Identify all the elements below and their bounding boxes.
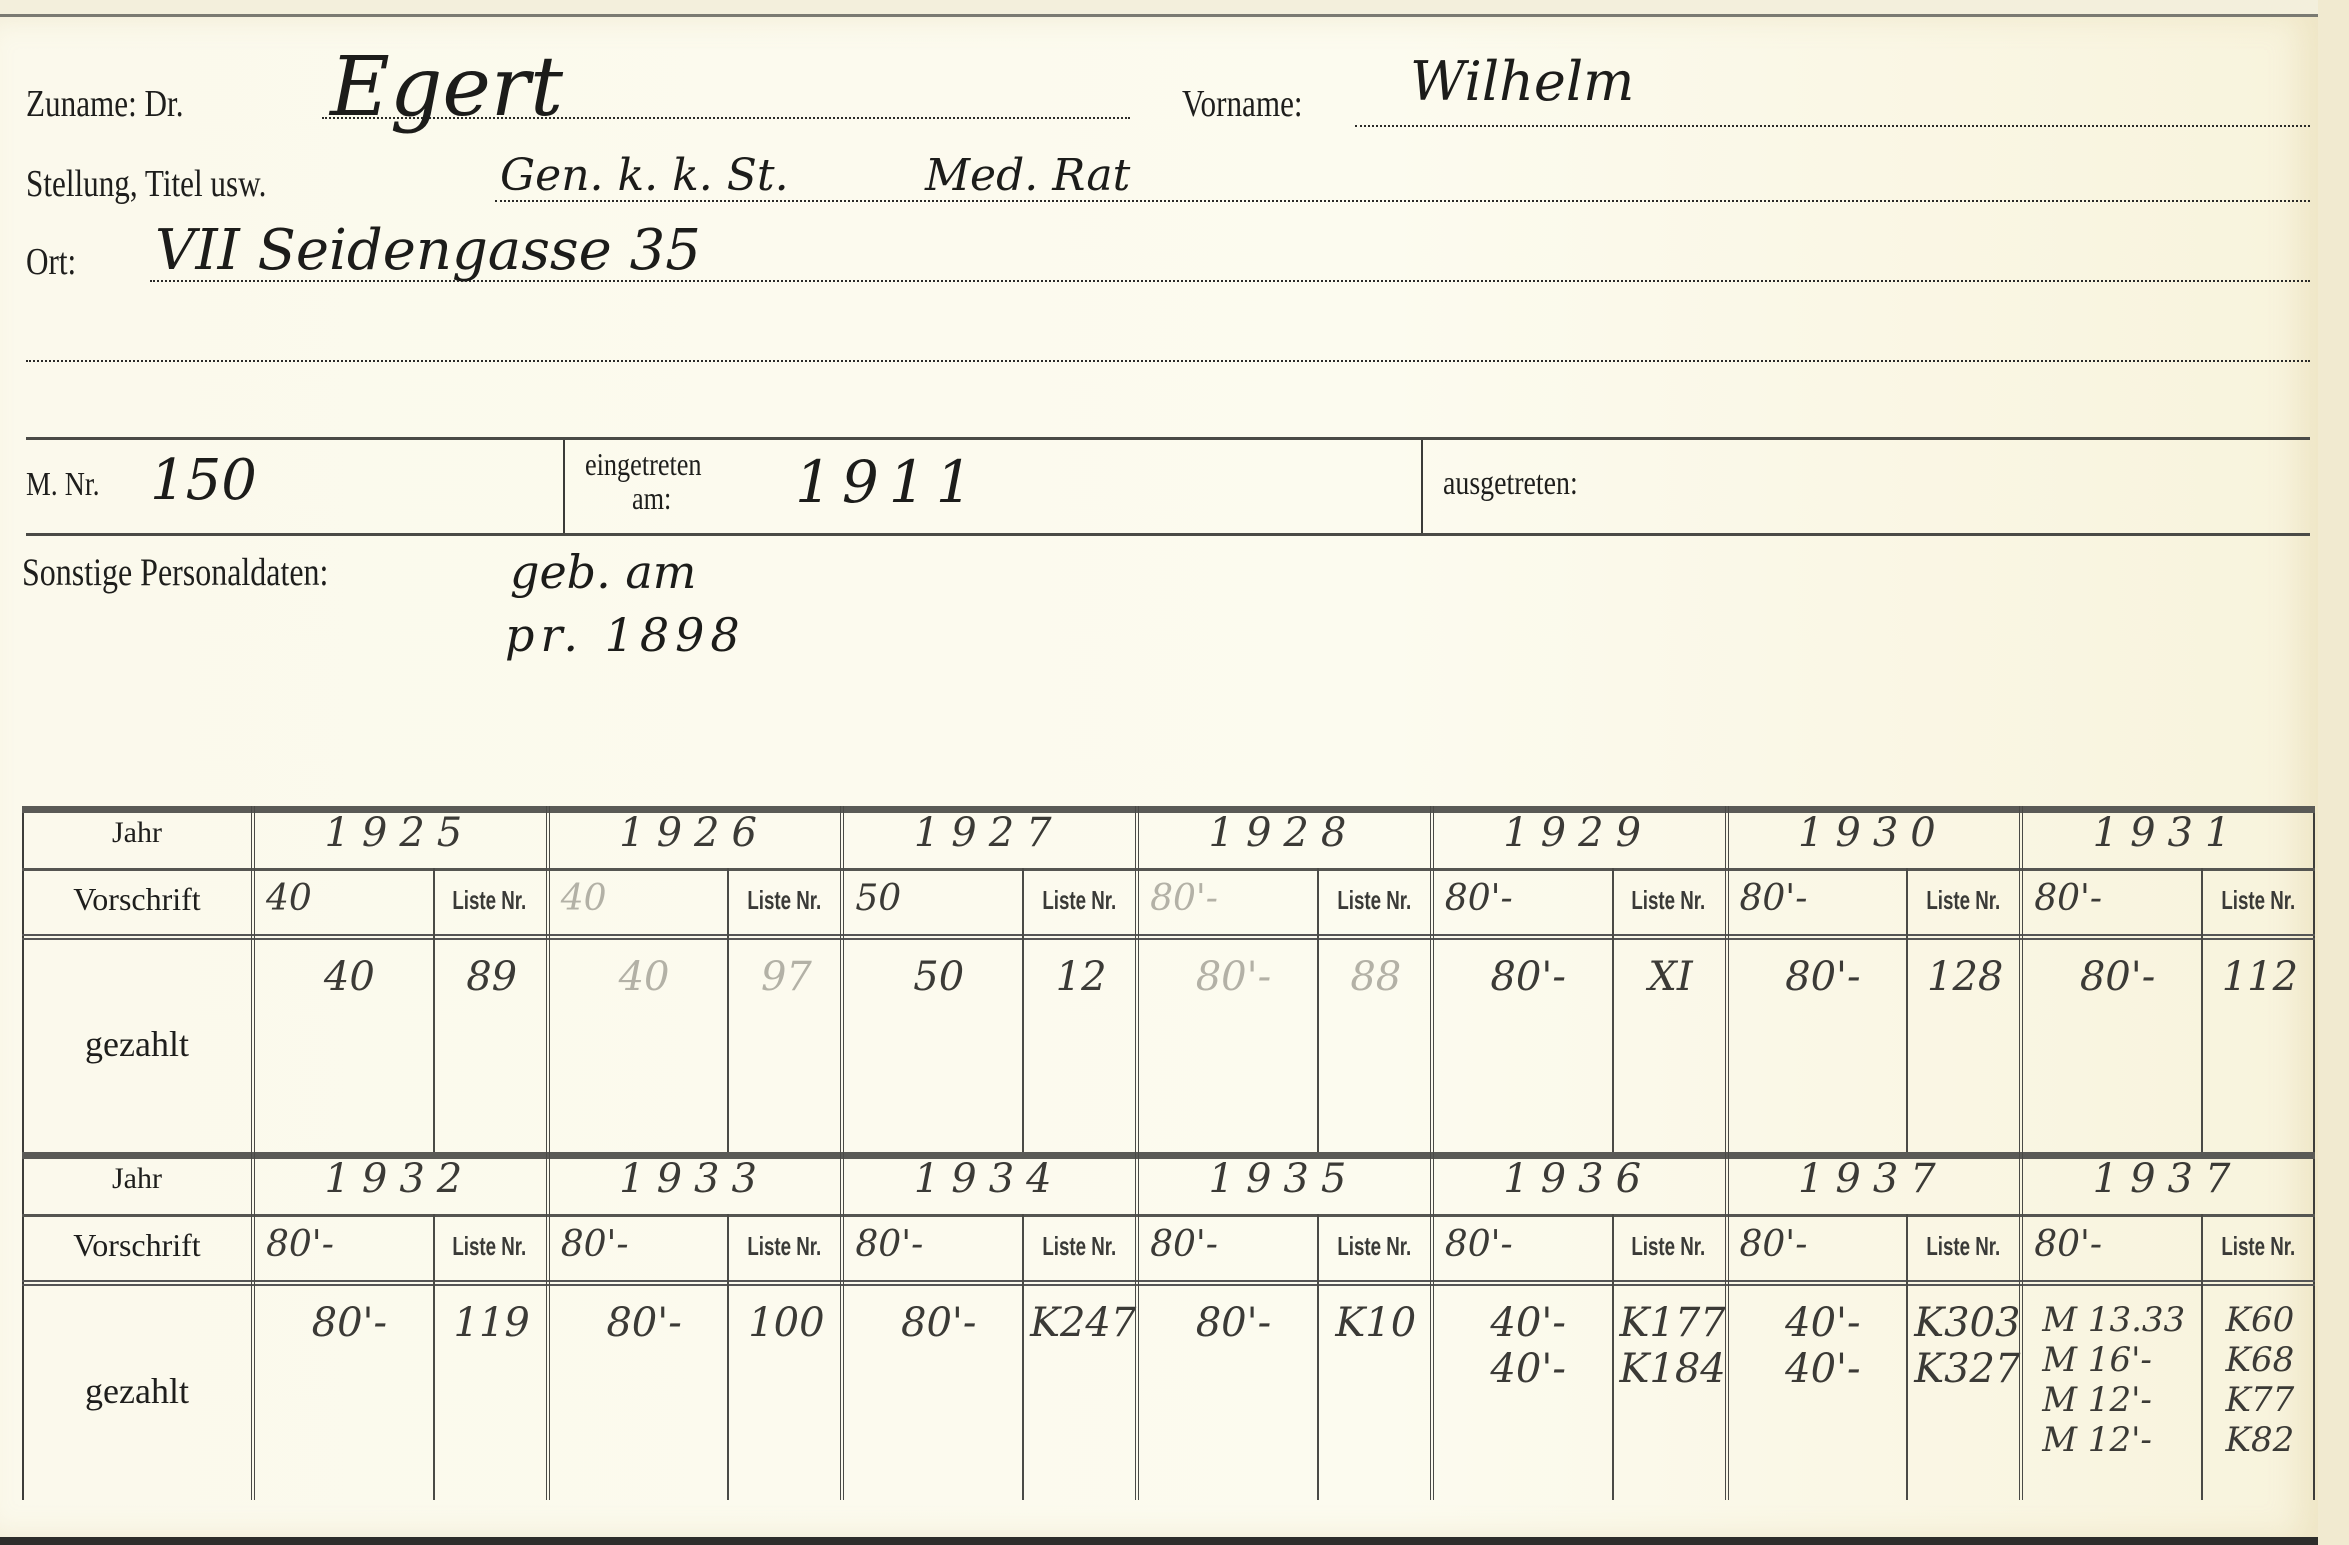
year-divider xyxy=(840,1152,844,1500)
row-rule xyxy=(22,1214,2315,1217)
paid-amount[interactable]: 40'-40'- xyxy=(1453,1300,1604,1392)
other-label: Sonstige Personaldaten: xyxy=(22,550,396,595)
paid-amount[interactable]: 50 xyxy=(863,954,1014,1000)
band-divider xyxy=(563,440,565,533)
year-b-3[interactable]: 1935 xyxy=(1136,1156,1431,1202)
payments-table-1932-1937: JahrVorschriftgezahlt193280'-Liste Nr.80… xyxy=(22,1152,2315,1500)
prescribed-amount[interactable]: 40 xyxy=(266,876,312,922)
paid-amount[interactable]: 80'- xyxy=(1158,954,1309,1000)
paid-amount[interactable]: 40 xyxy=(569,954,720,1000)
list-no-header-text: Liste Nr. xyxy=(1042,885,1116,916)
list-no-header: Liste Nr. xyxy=(1612,1231,1726,1262)
list-no-header: Liste Nr. xyxy=(727,885,841,916)
year-row-label: Jahr xyxy=(22,1162,252,1196)
year-a-1[interactable]: 1926 xyxy=(547,810,842,856)
list-no-header-text: Liste Nr. xyxy=(1926,1231,2000,1262)
list-number[interactable]: 112 xyxy=(2209,954,2311,1000)
paid-amount[interactable]: 80'- xyxy=(2042,954,2193,1000)
row-rule xyxy=(22,868,2315,871)
list-no-header: Liste Nr. xyxy=(433,885,547,916)
place-value[interactable]: VII Seidengasse 35 xyxy=(155,218,701,283)
year-divider xyxy=(840,806,844,1152)
paid-amount[interactable]: 40 xyxy=(274,954,425,1000)
prescribed-amount[interactable]: 80'- xyxy=(1150,1222,1218,1268)
list-no-header: Liste Nr. xyxy=(1317,885,1431,916)
list-no-header: Liste Nr. xyxy=(1022,885,1136,916)
year-b-5[interactable]: 1937 xyxy=(1726,1156,2021,1202)
firstname-label: Vorname: xyxy=(1182,82,1329,126)
prescribed-amount[interactable]: 80'- xyxy=(1740,876,1808,922)
list-number[interactable]: 89 xyxy=(441,954,543,1000)
position-value-2[interactable]: Med. Rat xyxy=(925,150,1130,201)
band-bottom-rule xyxy=(26,533,2310,536)
year-divider xyxy=(546,806,550,1152)
paid-amount[interactable]: M 13.33M 16'-M 12'-M 12'- xyxy=(2042,1300,2193,1460)
list-number[interactable]: 100 xyxy=(735,1300,837,1346)
band-divider xyxy=(1421,440,1423,533)
prescribed-amount[interactable]: 80'- xyxy=(266,1222,334,1268)
year-divider xyxy=(1725,1152,1729,1500)
list-number[interactable]: 128 xyxy=(1914,954,2016,1000)
list-no-header: Liste Nr. xyxy=(727,1231,841,1262)
list-no-header-text: Liste Nr. xyxy=(1632,885,1706,916)
year-b-2[interactable]: 1934 xyxy=(841,1156,1136,1202)
surname-label: Zuname: Dr. xyxy=(26,82,218,126)
list-no-header: Liste Nr. xyxy=(1906,885,2020,916)
paid-amount[interactable]: 80'- xyxy=(274,1300,425,1346)
list-no-header-text: Liste Nr. xyxy=(1042,1231,1116,1262)
paid-row-label: gezahlt xyxy=(22,1023,252,1065)
list-number[interactable]: XI xyxy=(1620,954,1722,1000)
list-no-header: Liste Nr. xyxy=(1906,1231,2020,1262)
firstname-line xyxy=(1355,125,2310,127)
year-divider xyxy=(251,1152,255,1500)
prescribed-amount[interactable]: 80'- xyxy=(2034,876,2102,922)
list-no-header-text: Liste Nr. xyxy=(2221,885,2295,916)
list-no-header: Liste Nr. xyxy=(2201,885,2315,916)
left-label: ausgetreten: xyxy=(1443,465,1607,503)
prescribed-row-label: Vorschrift xyxy=(22,881,252,918)
list-number[interactable]: 119 xyxy=(441,1300,543,1346)
prescribed-row-label: Vorschrift xyxy=(22,1227,252,1264)
other-value-2[interactable]: pr. 1898 xyxy=(505,608,746,662)
list-number[interactable]: K10 xyxy=(1325,1300,1427,1346)
paid-amount[interactable]: 80'- xyxy=(863,1300,1014,1346)
joined-label: eingetreten am: xyxy=(585,447,727,515)
paid-row-label: gezahlt xyxy=(22,1370,252,1412)
prescribed-amount[interactable]: 80'- xyxy=(855,1222,923,1268)
list-no-header: Liste Nr. xyxy=(433,1231,547,1262)
prescribed-amount[interactable]: 80'- xyxy=(1445,876,1513,922)
list-no-header-text: Liste Nr. xyxy=(2221,1231,2295,1262)
member-no-label: M. Nr. xyxy=(26,466,116,504)
year-a-0[interactable]: 1925 xyxy=(252,810,547,856)
year-divider xyxy=(1135,1152,1139,1500)
row-rule xyxy=(22,934,2315,940)
year-divider xyxy=(546,1152,550,1500)
year-a-2[interactable]: 1927 xyxy=(841,810,1136,856)
year-divider xyxy=(2019,806,2023,1152)
list-no-header: Liste Nr. xyxy=(1022,1231,1136,1262)
year-divider xyxy=(251,806,255,1152)
paid-amount[interactable]: 80'- xyxy=(569,1300,720,1346)
prescribed-amount[interactable]: 40 xyxy=(561,876,607,922)
joined-value[interactable]: 1911 xyxy=(795,448,983,516)
prescribed-amount[interactable]: 80'- xyxy=(1445,1222,1513,1268)
prescribed-amount[interactable]: 80'- xyxy=(561,1222,629,1268)
list-number[interactable]: 12 xyxy=(1030,954,1132,1000)
list-no-header-text: Liste Nr. xyxy=(1632,1231,1706,1262)
year-b-4[interactable]: 1936 xyxy=(1431,1156,1726,1202)
list-no-header-text: Liste Nr. xyxy=(453,1231,527,1262)
extra-line xyxy=(26,360,2310,362)
year-b-1[interactable]: 1933 xyxy=(547,1156,842,1202)
position-label: Stellung, Titel usw. xyxy=(26,162,319,206)
band-top-rule xyxy=(26,437,2310,440)
firstname-value[interactable]: Wilhelm xyxy=(1410,50,1634,113)
list-no-header: Liste Nr. xyxy=(1612,885,1726,916)
paid-amount[interactable]: 40'-40'- xyxy=(1748,1300,1899,1392)
prescribed-amount[interactable]: 50 xyxy=(855,876,901,922)
year-b-6[interactable]: 1937 xyxy=(2020,1156,2315,1202)
prescribed-amount[interactable]: 80'- xyxy=(1740,1222,1808,1268)
list-no-header-text: Liste Nr. xyxy=(1337,1231,1411,1262)
list-no-header: Liste Nr. xyxy=(2201,1231,2315,1262)
list-no-header: Liste Nr. xyxy=(1317,1231,1431,1262)
list-number[interactable]: K60K68K77K82 xyxy=(2209,1300,2311,1460)
year-divider xyxy=(1430,806,1434,1152)
position-value-1[interactable]: Gen. k. k. St. xyxy=(500,150,789,201)
year-b-0[interactable]: 1932 xyxy=(252,1156,547,1202)
prescribed-amount[interactable]: 80'- xyxy=(2034,1222,2102,1268)
year-a-5[interactable]: 1930 xyxy=(1726,810,2021,856)
year-divider xyxy=(1135,806,1139,1152)
paid-amount[interactable]: 80'- xyxy=(1453,954,1604,1000)
row-rule xyxy=(22,1280,2315,1286)
prescribed-amount[interactable]: 80'- xyxy=(1150,876,1218,922)
list-number[interactable]: 88 xyxy=(1325,954,1427,1000)
list-number[interactable]: K247 xyxy=(1030,1300,1132,1346)
list-number[interactable]: K177K184 xyxy=(1620,1300,1722,1392)
year-divider xyxy=(1430,1152,1434,1500)
place-label: Ort: xyxy=(26,240,87,284)
paid-amount[interactable]: 80'- xyxy=(1748,954,1899,1000)
other-value-1[interactable]: geb. am xyxy=(510,545,696,599)
surname-value[interactable]: Egert xyxy=(330,40,563,135)
payments-table-1925-1931: JahrVorschriftgezahlt192540Liste Nr.4089… xyxy=(22,806,2315,1152)
list-number[interactable]: 97 xyxy=(735,954,837,1000)
list-no-header-text: Liste Nr. xyxy=(453,885,527,916)
year-divider xyxy=(2019,1152,2023,1500)
paid-amount[interactable]: 80'- xyxy=(1158,1300,1309,1346)
year-row-label: Jahr xyxy=(22,816,252,850)
card-edge xyxy=(2318,0,2349,1545)
year-a-3[interactable]: 1928 xyxy=(1136,810,1431,856)
member-no-value[interactable]: 150 xyxy=(150,448,257,513)
list-no-header-text: Liste Nr. xyxy=(747,885,821,916)
list-number[interactable]: K303K327 xyxy=(1914,1300,2016,1392)
list-no-header-text: Liste Nr. xyxy=(1337,885,1411,916)
year-divider xyxy=(1725,806,1729,1152)
list-no-header-text: Liste Nr. xyxy=(747,1231,821,1262)
year-a-4[interactable]: 1929 xyxy=(1431,810,1726,856)
list-no-header-text: Liste Nr. xyxy=(1926,885,2000,916)
year-a-6[interactable]: 1931 xyxy=(2020,810,2315,856)
